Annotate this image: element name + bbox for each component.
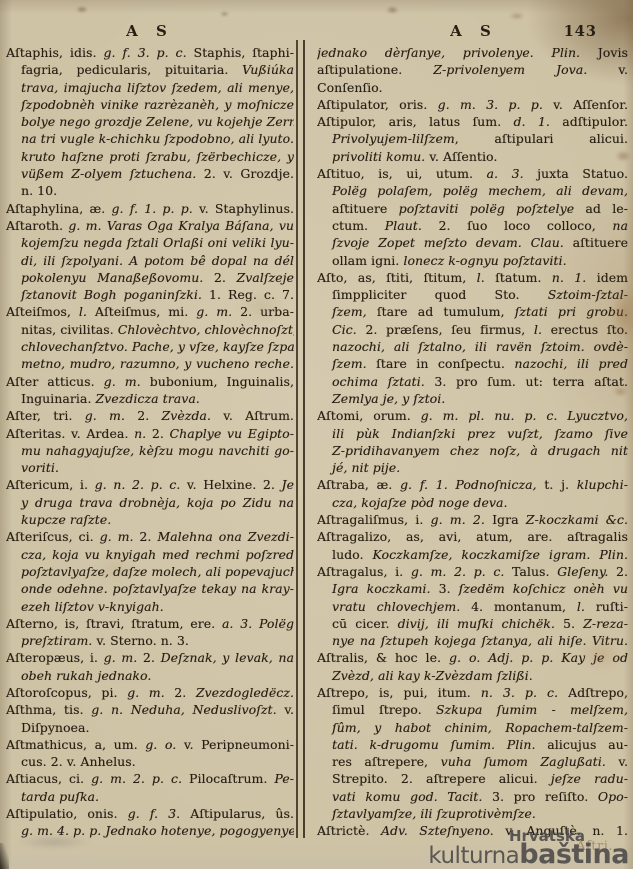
- watermark-line2-bold: baština: [519, 839, 629, 869]
- text-line: mu nahagyajuſze, kèſzu mogu navchiti go-: [6, 442, 294, 459]
- text-line: kojemſzu negda ſztali Orlaßi oni veliki …: [6, 234, 294, 251]
- text-line: jednako dèrſanye, privolenye. Plin. Jovi…: [317, 44, 628, 61]
- left-column: Aſtaphis, idis. g. f. 3. p. c. Staphis, …: [6, 44, 294, 844]
- running-head-left: A S: [0, 22, 296, 40]
- text-line: ezeh liſztov v-knyigah.: [6, 598, 294, 615]
- library-watermark: Hrvatska kulturnabaština: [428, 829, 629, 868]
- text-line: Aſto, as, ſtiti, ſtitum, l. ſtatum. n. 1…: [317, 269, 628, 286]
- text-line: Aſteriſcus, ci. g. m. 2. Malehna ona Zve…: [6, 528, 294, 545]
- text-line: Aſtituo, is, ui, utum. a. 3. juxta Statu…: [317, 165, 628, 182]
- text-line: Aſtragalizo, as, avi, atum, are. aſtraga…: [317, 528, 628, 545]
- text-line: ili pùk Indianſzki prez vuſzt, ſzamo ſiv…: [317, 425, 628, 442]
- text-line: ctum. Plaut. 2. ſuo loco colloco, na: [317, 217, 628, 234]
- text-line: Aſtaroth. g. m. Varas Oga Kralya Báſana,…: [6, 217, 294, 234]
- page-number: 143: [564, 23, 597, 40]
- text-line: Zvèzd, ali kay k-Zvèzdam ſzlißi.: [317, 667, 628, 684]
- text-line: ſzvoje Zopet meſzto devam. Clau. aſtitue…: [317, 234, 628, 251]
- text-line: ſzem, ſtare ad tumulum, ſztati pri grobu…: [317, 303, 628, 320]
- paper-stain: [611, 285, 633, 343]
- scan-edge-mark: [0, 843, 9, 869]
- text-line: nitas, civilitas. Chlovèchtvo, chlovèchn…: [6, 321, 294, 338]
- text-line: Aſterno, is, ſtravi, ſtratum, ere. a. 3.…: [6, 615, 294, 632]
- text-line: ſimul ſtrepo. Szkupa ſumim - melſzem,: [317, 701, 628, 718]
- text-line: Privolyujem-lilſzem, aſtipulari alicui.: [317, 130, 628, 147]
- text-line: aſtipulatione. Z-privolenyem Jova. v.: [317, 61, 628, 78]
- text-line: metno, mudro, razumno, y vucheno reche.: [6, 355, 294, 372]
- text-line: onde odehne. poſztavlyaſze tekay na kray…: [6, 580, 294, 597]
- dictionary-page: A S A S 143 Aſtaphis, idis. g. f. 3. p. …: [0, 0, 633, 869]
- text-line: Z-pridihavanyem chez noſz, à drugach nit: [317, 442, 628, 459]
- text-line: chlovechanſztvo. Pache, y vſze, kayſze ſ…: [6, 338, 294, 355]
- text-line: Strepito. 2. aſtrepere alicui. jeſze rad…: [317, 770, 628, 787]
- text-line: Conſenſio.: [317, 79, 628, 96]
- text-line: Aſtericum, i. g. n. 2. p. c. v. Helxine.…: [6, 476, 294, 493]
- text-line: ludo. Koczkamſze, koczkamiſze igram. Pli…: [317, 546, 628, 563]
- text-line: nazochi, ali ſztalno, ili ravën ſztoim. …: [317, 338, 628, 355]
- text-line: Aſtipulatio, onis. g. f. 3. Aſtipularus,…: [6, 805, 294, 822]
- text-line: Aſtraba, æ. g. f. 1. Podnoſnicza, t. j. …: [317, 476, 628, 493]
- text-line: Aſtaphis, idis. g. f. 3. p. c. Staphis, …: [6, 44, 294, 61]
- text-line: ſzem. ſtare in conſpectu. nazochi, ili p…: [317, 355, 628, 372]
- text-line: n. 10.: [6, 182, 294, 199]
- text-line: vati komu god. Tacit. 3. pro reſiſto. Op…: [317, 788, 628, 805]
- text-line: tati. k-drugomu ſumim. Plin. alicujus au…: [317, 736, 628, 753]
- column-divider-rule: [303, 40, 305, 838]
- paper-stain: [76, 6, 88, 13]
- text-line: Igra koczkami. 3. ſzedëm koſchicz onèh v…: [317, 580, 628, 597]
- text-line: cza, kojaſze pòd noge deva.: [317, 494, 628, 511]
- text-line: privoliti komu. v. Aſſentio.: [317, 148, 628, 165]
- text-line: Zemlya je, y ſztoi.: [317, 390, 628, 407]
- text-line: Inguinaria. Zvezdicza trava.: [6, 390, 294, 407]
- text-line: Aſtiacus, ci. g. m. 2. p. c. Pilocaſtrum…: [6, 770, 294, 787]
- watermark-line2-normal: kulturna: [428, 843, 519, 869]
- text-line: fagria, pedicularis, pituitaria. Vußiúka: [6, 61, 294, 78]
- paper-stain: [578, 636, 626, 672]
- watermark-line2: kulturnabaština: [428, 841, 629, 868]
- text-line: tarda puſka.: [6, 788, 294, 805]
- text-line: bolye nego grozdje Zelene, vu kojehje Ze…: [6, 113, 294, 130]
- paper-stain: [220, 11, 229, 17]
- text-line: vüßem Z-olyem ſztuchena. 2. v. Grozdje.: [6, 165, 294, 182]
- text-line: voriti.: [6, 459, 294, 476]
- text-line: cus. 2. v. Anhelus.: [6, 753, 294, 770]
- text-line: pokolenyu Manaßeßovomu. 2. Zvalſzeje: [6, 269, 294, 286]
- paper-smudge: [16, 835, 92, 849]
- text-line: trava, imajucha liſztov ſzedem, ali meny…: [6, 79, 294, 96]
- paper-stain: [615, 150, 631, 162]
- paper-stain: [238, 292, 284, 322]
- text-line: Aſtmathicus, a, um. g. o. v. Peripneumon…: [6, 736, 294, 753]
- text-line: ſzpodobnèh vinike razrèzanèh, y moſnicze: [6, 96, 294, 113]
- text-line: Aſteropæus, i. g. m. 2. Deſznak, y levak…: [6, 649, 294, 666]
- text-line: ochima ſztati. 3. pro ſum. ut: terra aſt…: [317, 373, 628, 390]
- text-line: preſztiram. v. Sterno. n. 3.: [6, 632, 294, 649]
- text-line: kupcze raſzte.: [6, 511, 294, 528]
- text-line: Polëg polaſem, polëg mechem, ali devam,: [317, 182, 628, 199]
- text-line: poſztavlyaſze, daſze molech, ali popevaj…: [6, 563, 294, 580]
- text-line: Aſtomi, orum. g. m. pl. nu. p. c. Lyuczt…: [317, 407, 628, 424]
- text-line: Aſthma, tis. g. n. Neduha, Neduslivoſzt.…: [6, 701, 294, 718]
- text-line: aſtituere poſztaviti polëg poſztelye ad …: [317, 200, 628, 217]
- text-line: kruto haſzne proti ſzrabu, ſzërbechicze,…: [6, 148, 294, 165]
- text-line: cū cicer. divij, ili muſki chichëk. 5. Z…: [317, 615, 628, 632]
- text-line: Aſter atticus. g. m. bubonium, Inguinali…: [6, 373, 294, 390]
- text-line: di, ili ſzpolyani. A potom bê dopal na d…: [6, 252, 294, 269]
- text-line: cza, koja vu knyigah med rechmi poſzred: [6, 546, 294, 563]
- column-divider-rule: [296, 40, 298, 838]
- text-line: Aſtrepo, is, pui, itum. n. 3. p. c. Adſt…: [317, 684, 628, 701]
- text-line: Aſteritas. v. Ardea. n. 2. Chaplye vu Eg…: [6, 425, 294, 442]
- text-line: ſimppliciter quod Sto. Sztoim-ſztal-: [317, 286, 628, 303]
- text-line: Diſpynoea.: [6, 719, 294, 736]
- text-line: ollam igni. lonecz k-ognyu poſztaviti.: [317, 252, 628, 269]
- text-line: res aſtrepere, vuha ſumom Zaglußati. v.: [317, 753, 628, 770]
- text-line: ſûm, y habot chinim, Ropachem-talſzem-: [317, 719, 628, 736]
- text-line: Aſtipulor, aris, latus ſum. d. 1. adſtip…: [317, 113, 628, 130]
- text-line: ſztavlyamſze, ili ſzuprotivèmſze.: [317, 805, 628, 822]
- text-line: Aſtragalus, i. g. m. 2. p. c. Talus. Gle…: [317, 563, 628, 580]
- paper-stain: [386, 6, 399, 14]
- text-line: Aſtoroſcopus, pi. g. m. 2. Zvezdogledëcz…: [6, 684, 294, 701]
- text-line: Aſter, tri. g. m. 2. Zvèzda. v. Aſtrum.: [6, 407, 294, 424]
- text-line: Aſtaphylina, æ. g. f. 1. p. p. v. Staphy…: [6, 200, 294, 217]
- right-column: jednako dèrſanye, privolenye. Plin. Jovi…: [317, 44, 628, 844]
- text-line: na tri vugle k-chichku ſzpodobno, ali ly…: [6, 130, 294, 147]
- paper-stain: [96, 556, 136, 582]
- text-line: vratu chlovechjem. 4. montanum, l. ruſti…: [317, 598, 628, 615]
- text-line: Cic. 2. præſens, ſeu firmus, l. erectus …: [317, 321, 628, 338]
- text-line: Aſtragaliſmus, i. g. m. 2. Igra Z-koczka…: [317, 511, 628, 528]
- text-line: y druga trava drobnèja, koja po Zidu na: [6, 494, 294, 511]
- text-line: Aſtipulator, oris. g. m. 3. p. p. v. Aſſ…: [317, 96, 628, 113]
- text-line: jé, nit pije.: [317, 459, 628, 476]
- paper-stain: [509, 12, 525, 20]
- paper-stain: [613, 386, 628, 397]
- text-line: obeh rukah jednako.: [6, 667, 294, 684]
